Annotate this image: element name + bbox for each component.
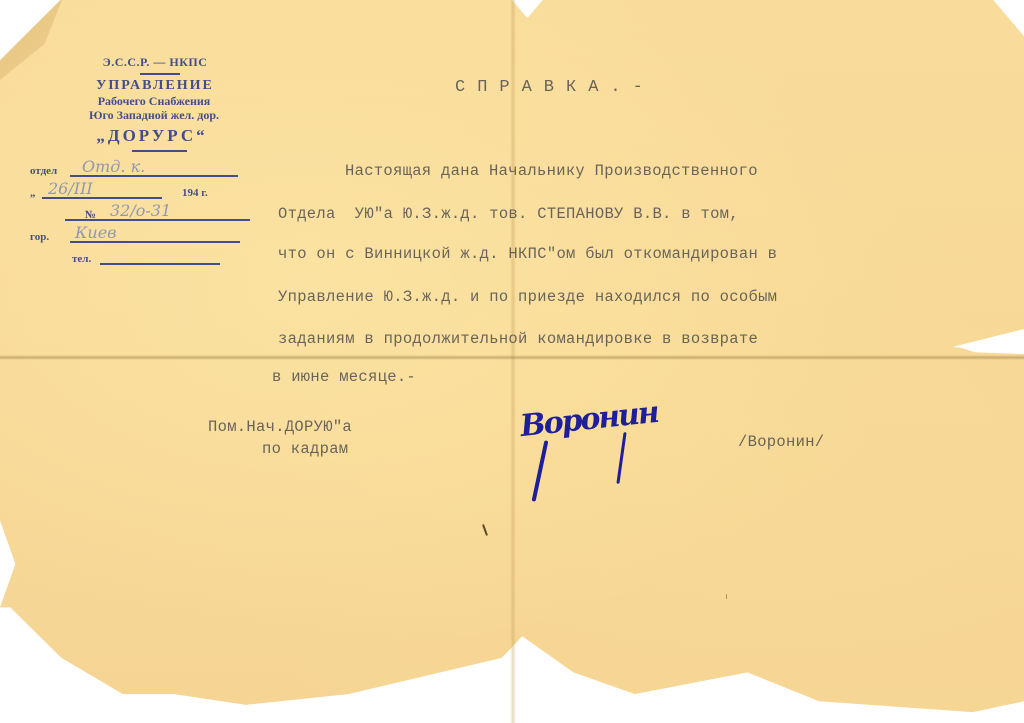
signatory-title: Пом.Нач.ДОРУЮ"а <box>208 418 352 436</box>
body-line: Отдела УЮ"а Ю.З.ж.д. тов. СТЕПАНОВУ В.В.… <box>278 205 739 223</box>
paper-speck <box>726 594 727 599</box>
signatory-name: /Воронин/ <box>738 433 824 451</box>
stamp-field-otdel: отдел Отд. к. <box>30 158 250 180</box>
office-stamp: Э.С.С.Р. — НКПС УПРАВЛЕНИЕ Рабочего Снаб… <box>30 55 250 268</box>
stamp-field-label: тел. <box>72 253 91 265</box>
body-line: что он с Винницкой ж.д. НКПС"ом был отко… <box>278 245 777 263</box>
stamp-rule <box>132 150 187 152</box>
stamp-line-supply: Рабочего Снабжения <box>58 94 250 108</box>
stamp-rule <box>140 73 180 75</box>
stamp-line-dorurs: „ДОРУРС“ <box>54 126 250 146</box>
vertical-fold-crease <box>510 0 516 723</box>
stamp-field-line <box>100 263 220 265</box>
body-line: в июне месяце.- <box>272 368 416 386</box>
stamp-field-handwritten: 32/о-31 <box>110 201 171 220</box>
stamp-field-gor: гор. Киев <box>30 224 250 246</box>
stamp-field-label: гор. <box>30 231 49 243</box>
stamp-field-handwritten: Киев <box>75 223 116 242</box>
stamp-line-railway: Юго Западной жел. дор. <box>58 108 250 122</box>
stamp-line-ministry: Э.С.С.Р. — НКПС <box>60 55 250 70</box>
stamp-line-administration: УПРАВЛЕНИЕ <box>60 78 250 94</box>
stamp-field-handwritten: Отд. к. <box>82 157 145 176</box>
body-line: Настоящая дана Начальнику Производственн… <box>345 162 758 180</box>
horizontal-fold-crease <box>0 355 1024 360</box>
stamp-field-number: № 32/о-31 <box>30 202 250 224</box>
body-line: заданиям в продолжительной командировке … <box>278 330 758 348</box>
body-line: Управление Ю.З.ж.д. и по приезде находил… <box>278 288 777 306</box>
stamp-field-handwritten: 26/III <box>48 179 93 198</box>
stamp-field-suffix: 194 г. <box>182 187 208 199</box>
stamp-field-tel: тел. <box>30 246 250 268</box>
signatory-title-line2: по кадрам <box>262 440 348 458</box>
document-title: СПРАВКА.- <box>455 78 655 97</box>
stamp-field-label: отдел <box>30 165 57 177</box>
stamp-field-date: „ 26/III 194 г. <box>30 180 250 202</box>
stamp-field-label: „ <box>30 187 36 199</box>
